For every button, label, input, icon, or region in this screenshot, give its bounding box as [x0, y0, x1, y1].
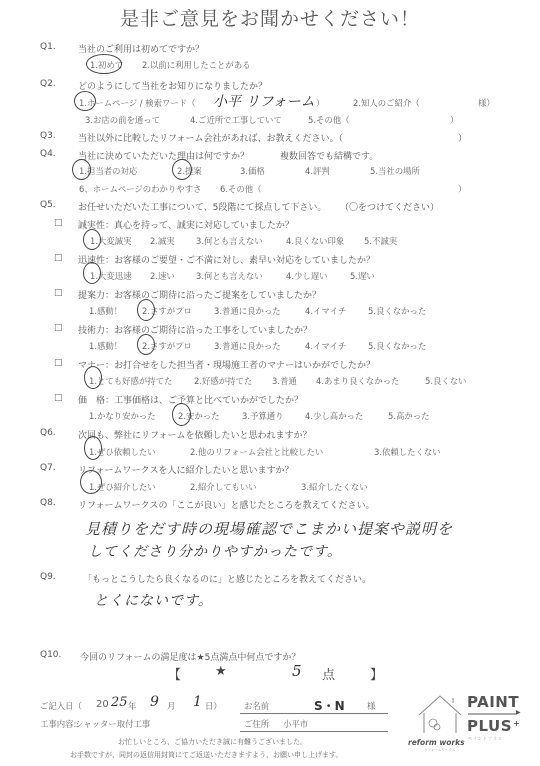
q9-text: 「もっとこうしたら良くなるのに」と感じたところを教えてください。 [83, 572, 371, 585]
q7-option-2[interactable]: 2.紹介してもいい [190, 481, 257, 493]
q4-option-5[interactable]: 5.当社の場所 [370, 165, 420, 177]
date-year-value[interactable]: 25 [111, 695, 128, 710]
address-underline [240, 731, 388, 732]
q5-item4-option-1[interactable]: 1.感動！ [89, 340, 122, 352]
q2-option-2[interactable]: 2.知人のご紹介（ [353, 97, 420, 109]
q2-search-word-answer: 小平 リフォーム [213, 91, 315, 111]
star-icon: ★ [215, 664, 227, 679]
q3-number: Q3. [40, 131, 56, 141]
q5-item5-label: マナー：お打合せをした担当者・現場施工者のマナーはいかがでしたか？ [78, 358, 375, 371]
q1-option-2[interactable]: 2.以前に利用したことがある [142, 59, 251, 71]
q2-number: Q2. [40, 79, 56, 89]
q5-item2-option-5[interactable]: 5.遅い [350, 270, 375, 282]
date-day-value[interactable]: 1 [193, 694, 202, 710]
q2-option-5[interactable]: 5.その他（ [308, 114, 350, 126]
q5-item1-option-2[interactable]: 2.誠実 [150, 235, 175, 247]
q5-item5-option-3[interactable]: 3.普通 [272, 375, 297, 387]
q7-option-3[interactable]: 3.紹介したくない [301, 481, 368, 493]
q5-item1-checkbox[interactable]: □ [54, 218, 63, 228]
date-year-unit: 年 [128, 700, 136, 712]
q10-text: 今回のリフォームの満足度は★5点満点中何点ですか？ [80, 650, 300, 663]
q8-number: Q8. [40, 498, 56, 508]
q7-selected-circle [80, 470, 102, 494]
q5-item4-option-4[interactable]: 4.イマイチ [305, 340, 346, 352]
q5-note: （〇をつけてください） [340, 200, 439, 213]
q5-text: お任せいただいた工事について、5段階にて採点して下さい。 [78, 200, 326, 213]
q5-item2-option-4[interactable]: 4.少し遅い [286, 270, 328, 282]
q5-item3-option-3[interactable]: 3.普通に良かった [214, 305, 281, 317]
q2-option-5-close: ） [450, 114, 458, 126]
paint-plus-arrow-icon: ▶ [516, 709, 521, 716]
q5-item4-option-5[interactable]: 5.良くなかった [368, 340, 426, 352]
q4-text: 当社に決めていただいた理由は何ですか？ [78, 149, 249, 162]
q10-unit: 点 [322, 664, 335, 683]
q5-item4-label: 技術力：お客様のご期待に沿った工事をしていましたか？ [78, 323, 312, 336]
q4-option-3[interactable]: 3.価格 [240, 165, 265, 177]
q5-item5-option-2[interactable]: 2.好感が持てた [194, 375, 252, 387]
name-underline [240, 713, 388, 714]
q5-item5-option-4[interactable]: 4.あまり良くなかった [316, 375, 399, 387]
q2-option-3[interactable]: 3.お店の前を通って [85, 114, 160, 126]
q4-number: Q4. [40, 149, 56, 159]
q10-close-bracket: 】 [370, 664, 383, 683]
q6-option-3[interactable]: 3.依頼したくない [374, 446, 441, 458]
q10-number: Q10. [40, 650, 61, 660]
q5-item2-option-2[interactable]: 2.速い [150, 270, 175, 282]
work-content-label: 工事内容: [40, 718, 76, 730]
q5-item3-option-5[interactable]: 5.良くなかった [368, 305, 426, 317]
paint-plus-logo-plus: PLUS [467, 717, 512, 735]
q2-option-1[interactable]: 1.ホームページ / 検索ワード（ [79, 97, 195, 109]
q5-item4-selected-circle [137, 334, 155, 355]
q4-option-4[interactable]: 4.評判 [305, 165, 330, 177]
date-year-prefix: 20 [96, 699, 109, 710]
reform-works-logo-subtext: リフォームワークス [424, 748, 455, 753]
q8-text: リフォームワークスの「ここが良い」と感じたところを教えてください。 [78, 498, 374, 511]
q5-number: Q5. [40, 200, 56, 210]
date-day-unit: 日） [205, 700, 222, 712]
q2-selected-circle [74, 91, 96, 111]
q3-text: 当社以外に比較したリフォーム会社があれば、お教えください。（ [78, 131, 343, 144]
q4-option-other[interactable]: 6.その他（ [220, 183, 262, 195]
q7-number: Q7. [40, 463, 56, 473]
q5-item3-option-1[interactable]: 1.感動！ [89, 305, 122, 317]
paint-plus-logo-paint: PAINT [467, 693, 519, 711]
q5-item4-option-3[interactable]: 3.普通に良かった [214, 340, 281, 352]
q6-option-2[interactable]: 2.他のリフォーム会社と比較したい [190, 446, 323, 458]
q5-item6-selected-circle [172, 403, 191, 426]
q5-item5-selected-circle [84, 366, 102, 389]
paint-plus-logo-subtext: ペイントプラス [468, 736, 503, 742]
thanks-line-2: お手数ですが、同封の返信用封筒にてご返送いただきますよう、お願い申し上げます。 [70, 750, 342, 760]
q4-selected-circle-1 [72, 159, 91, 180]
address-value[interactable]: 小平市 [283, 718, 308, 730]
q5-item3-checkbox[interactable]: □ [54, 288, 63, 298]
q5-item6-option-4[interactable]: 4.少し高かった [305, 410, 363, 422]
q9-answer: とくにないです。 [94, 590, 213, 610]
q4-option-other-close: ） [458, 183, 466, 195]
work-content-value: シャッター取付工事 [75, 718, 150, 730]
q6-text: 次回も、弊社にリフォームを依頼したいと思われますか？ [78, 428, 312, 441]
q9-number: Q9. [40, 572, 56, 582]
address-label: ご住所 [244, 718, 269, 730]
q4-note: 複数回答でも結構です。 [280, 149, 378, 162]
q5-item2-selected-circle [83, 262, 101, 284]
q5-item6-option-5[interactable]: 5.高かった [388, 410, 430, 422]
q5-item6-option-1[interactable]: 1.かなり安かった [89, 410, 156, 422]
paint-plus-logo-bar [468, 713, 516, 715]
q5-item2-label: 迅速性：お客様のご要望・ご不満に対し、素早い対応をしていましたか？ [78, 253, 375, 266]
q5-item3-selected-circle [137, 299, 155, 321]
q3-close: ） [458, 131, 467, 144]
q5-item6-label: 価 格：工事価格は、ご予算と比べていかがでしたか？ [78, 393, 303, 406]
paint-plus-plus-mark: + [513, 719, 520, 728]
q5-item2-checkbox[interactable]: □ [54, 253, 63, 263]
q5-item5-option-5[interactable]: 5.良くない [425, 375, 467, 387]
reform-works-logo-text: reform works [408, 738, 465, 747]
q5-item1-option-4[interactable]: 4.良くない印象 [286, 235, 344, 247]
q5-item1-selected-circle [83, 229, 101, 250]
page-title: 是非ご意見をお聞かせください！ [0, 4, 540, 31]
q2-option-4[interactable]: 4.ご近所で工事していて [190, 114, 282, 126]
q1-number: Q1. [40, 42, 56, 52]
q5-item2-option-3[interactable]: 3.何とも言えない [196, 270, 263, 282]
q5-item5-checkbox[interactable]: □ [54, 358, 63, 368]
q7-text: リフォームワークスを人に紹介したいと思いますか？ [78, 463, 293, 476]
reform-works-house-icon [415, 693, 465, 737]
q6-number: Q6. [40, 428, 56, 438]
q5-item1-option-5[interactable]: 5.不誠実 [364, 235, 397, 247]
name-value[interactable]: S・N [314, 697, 345, 714]
q5-item3-option-4[interactable]: 4.イマイチ [305, 305, 346, 317]
q5-item6-checkbox[interactable]: □ [54, 393, 63, 403]
q2-option-1-close: ） [316, 97, 324, 109]
q5-item1-label: 誠実性：真心を持って、誠実に対応していましたか？ [78, 218, 294, 231]
q5-item3-label: 提案力：お客様のご期待に沿ったご提案をしていましたか？ [78, 288, 321, 301]
q5-item4-checkbox[interactable]: □ [54, 323, 63, 333]
q1-selected-circle [86, 54, 122, 74]
q8-answer-line-2: してくださり分かりやすかったです。 [88, 541, 342, 561]
name-suffix: 様 [367, 700, 375, 712]
q5-item1-option-3[interactable]: 3.何とも言えない [196, 235, 263, 247]
q4-option-6[interactable]: 6、ホームページのわかりやすさ [79, 183, 201, 195]
name-label: お名前 [244, 700, 269, 712]
q1-text: 当社のご利用は初めてですか？ [78, 42, 204, 55]
q4-selected-circle-2 [172, 159, 192, 180]
date-month-value[interactable]: 9 [150, 694, 159, 710]
q2-option-2-suffix: 様） [478, 97, 495, 109]
q10-score: 5 [292, 662, 302, 680]
q8-answer-line-1: 見積りをだす時の現場確認でこまかい提案や説明を [85, 518, 453, 539]
q6-selected-circle [84, 436, 102, 460]
q5-item6-option-3[interactable]: 3.予算通り [242, 410, 284, 422]
date-month-unit: 月 [167, 700, 175, 712]
thanks-line-1: お忙しいところ、ご協力いただき誠に有難うございました。 [118, 737, 307, 747]
q10-open-bracket: 【 [168, 664, 181, 683]
date-label: ご記入日（ [40, 700, 82, 712]
